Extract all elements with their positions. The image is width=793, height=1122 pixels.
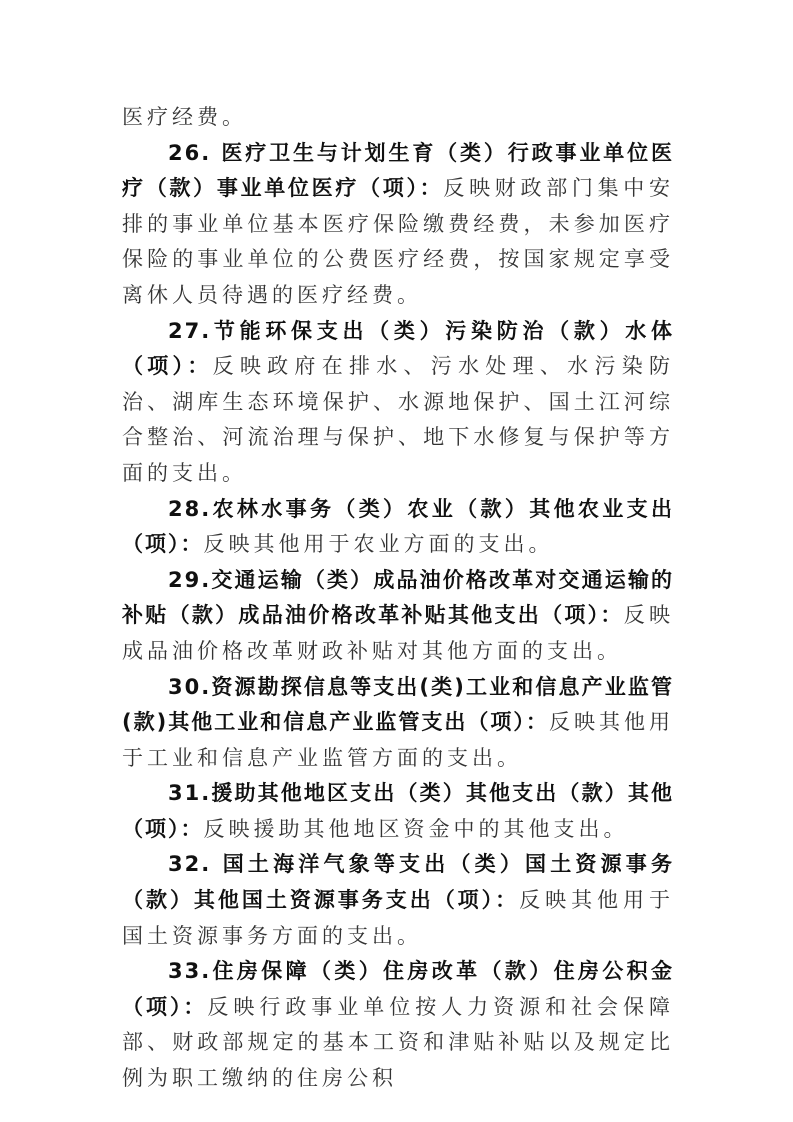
paragraph-item-27: 27.节能环保支出（类）污染防治（款）水体（项）：反映政府在排水、污水处理、水污…: [122, 314, 674, 492]
document-page: 医疗经费。 26. 医疗卫生与计划生育（类）行政事业单位医疗（款）事业单位医疗（…: [122, 100, 674, 1097]
paragraph-item-33: 33.住房保障（类）住房改革（款）住房公积金（项）：反映行政事业单位按人力资源和…: [122, 954, 674, 1096]
paragraph-item-31: 31.援助其他地区支出（类）其他支出（款）其他（项）：反映援助其他地区资金中的其…: [122, 776, 674, 847]
paragraph-body: 反映援助其他地区资金中的其他支出。: [204, 817, 629, 841]
paragraph-continuation: 医疗经费。: [122, 100, 674, 136]
paragraph-item-29: 29.交通运输（类）成品油价格改革对交通运输的补贴（款）成品油价格改革补贴其他支…: [122, 563, 674, 670]
paragraph-item-32: 32. 国土海洋气象等支出（类）国土资源事务（款）其他国土资源事务支出（项）：反…: [122, 847, 674, 954]
paragraph-heading: 29.交通运输（类）成品油价格改革对交通运输的补贴（款）成品油价格改革补贴其他支…: [122, 568, 674, 628]
paragraph-body: 医疗经费。: [122, 105, 247, 129]
paragraph-item-30: 30.资源勘探信息等支出(类)工业和信息产业监管(款)其他工业和信息产业监管支出…: [122, 670, 674, 777]
paragraph-item-26: 26. 医疗卫生与计划生育（类）行政事业单位医疗（款）事业单位医疗（项）：反映财…: [122, 136, 674, 314]
paragraph-body: 反映其他用于农业方面的支出。: [204, 532, 554, 556]
paragraph-item-28: 28.农林水事务（类）农业（款）其他农业支出（项）：反映其他用于农业方面的支出。: [122, 492, 674, 563]
